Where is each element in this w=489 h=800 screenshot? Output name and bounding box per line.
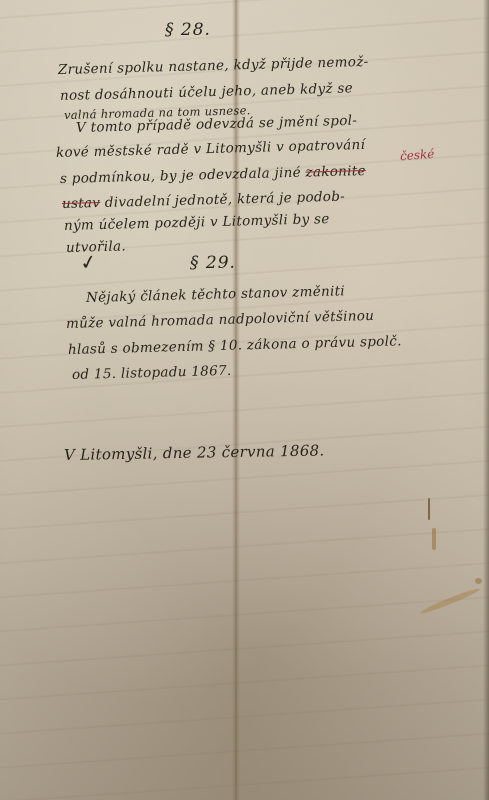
water-stain	[419, 586, 481, 616]
section-28-line-8: ným účelem později v Litomyšli by se	[64, 211, 330, 234]
section-28-line-7: ustav divadelní jednotě, která je podob-	[62, 189, 345, 212]
ink-stain	[428, 498, 430, 520]
section-29-heading: § 29.	[190, 253, 236, 273]
correction-insertion: české	[400, 147, 435, 163]
section-29-line-2: může valná hromada nadpoloviční většinou	[66, 308, 375, 332]
section-28-line-2: nost dosáhnouti účelu jeho, aneb když se	[60, 80, 353, 104]
section-29-line-1: Nějaký článek těchto stanov změniti	[86, 283, 345, 306]
ink-stain	[432, 528, 436, 550]
section-28-line-1: Zrušení spolku nastane, když přijde nemo…	[58, 54, 369, 78]
place-and-date: V Litomyšli, dne 23 června 1868.	[64, 441, 325, 464]
ink-stain	[475, 578, 482, 584]
section-28-line-6: s podmínkou, by je odevzdala jiné zakoni…	[60, 163, 366, 187]
section-28-line-5: kové městské radě v Litomyšli v opatrová…	[56, 137, 366, 161]
page-edge-shadow	[483, 0, 489, 800]
line-6-text: s podmínkou, by je odevzdala jiné	[60, 165, 301, 187]
line-7-text: divadelní jednotě, která je podob-	[105, 189, 346, 211]
section-28-line-9: utvořila.	[66, 238, 126, 256]
section-28-heading: § 28.	[165, 20, 211, 40]
section-29-line-4: od 15. listopadu 1867.	[72, 363, 232, 383]
struck-word: zakonite	[305, 163, 366, 181]
struck-word: ustav	[62, 195, 101, 212]
manuscript-page: § 28. Zrušení spolku nastane, když přijd…	[0, 0, 489, 800]
